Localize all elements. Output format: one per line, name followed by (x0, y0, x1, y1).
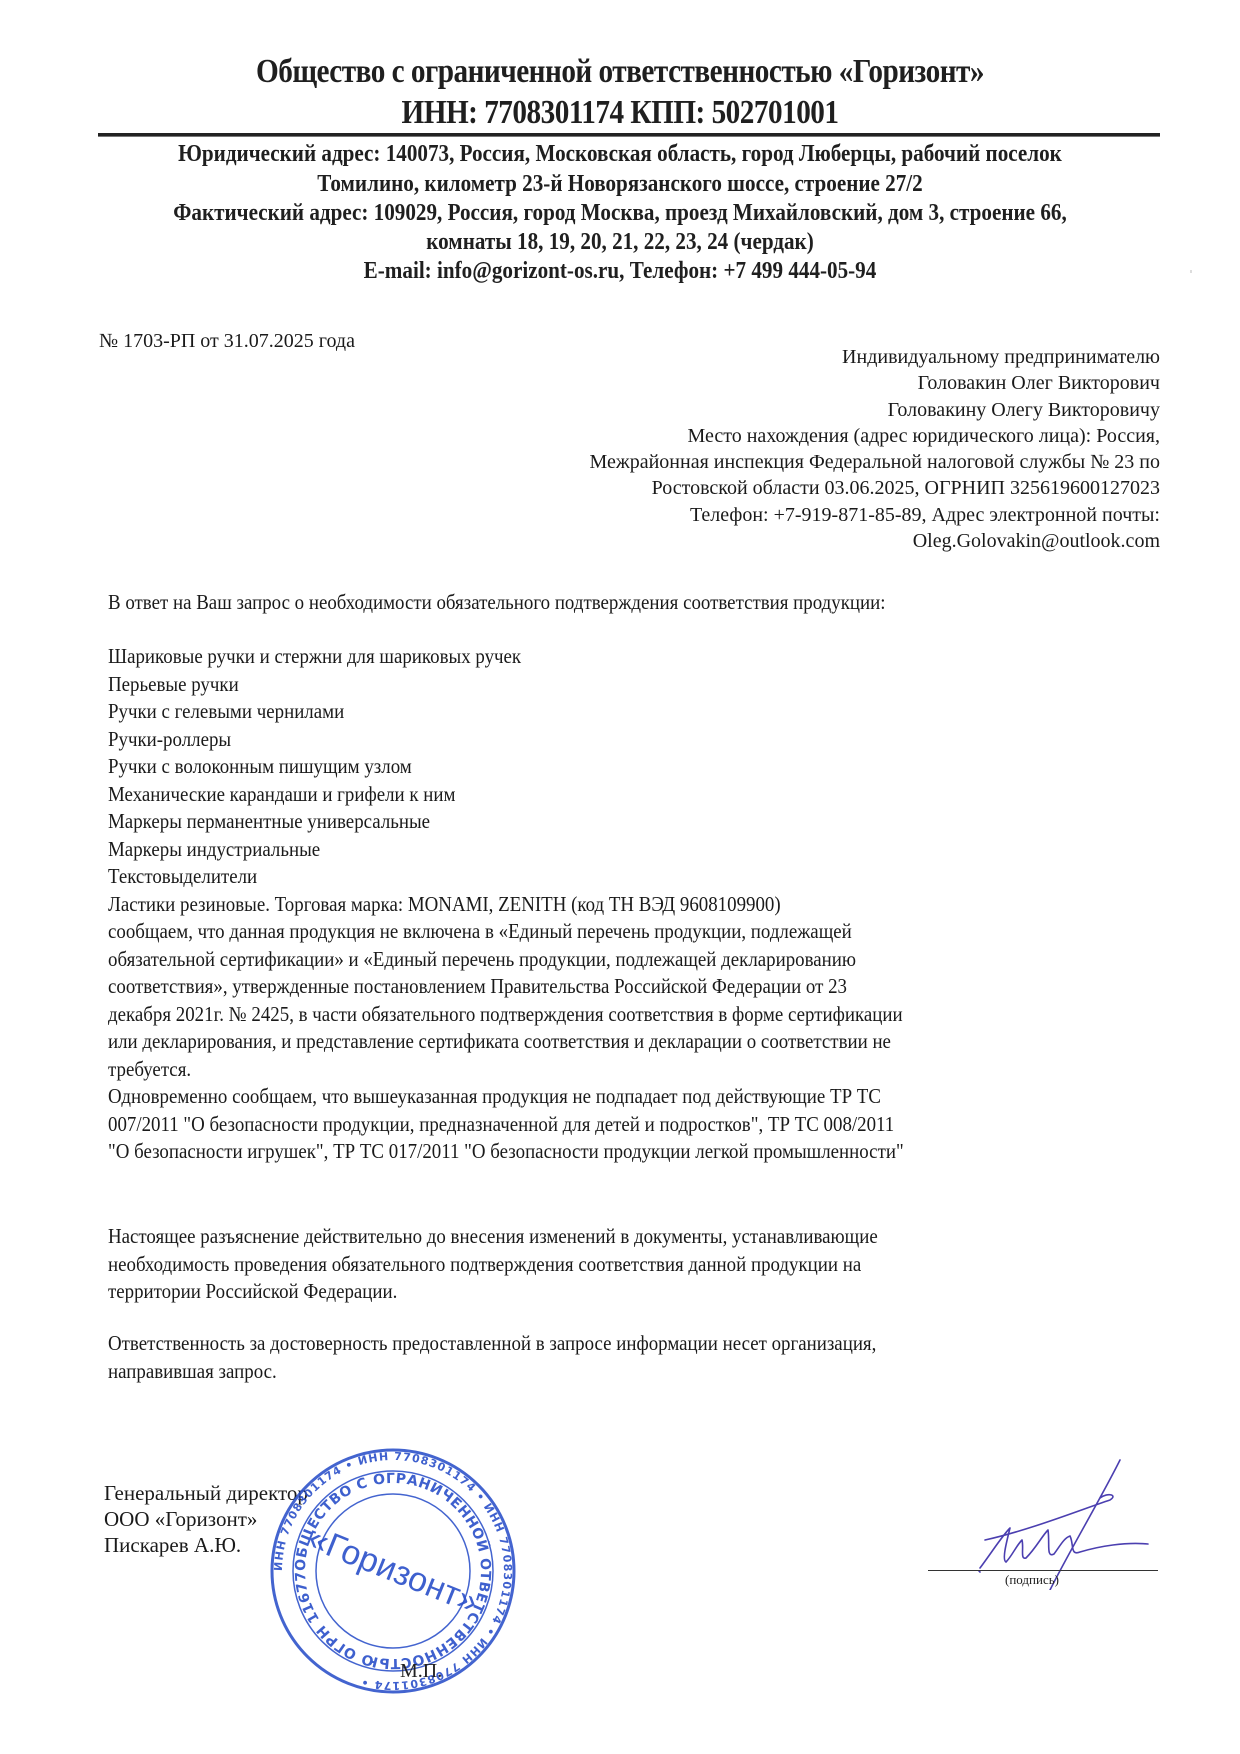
recipient-line: Место нахождения (адрес юридического лиц… (590, 423, 1161, 449)
actual-address-line-1: Фактический адрес: 109029, Россия, город… (74, 200, 1165, 227)
recipient-line: Ростовской области 03.06.2025, ОГРНИП 32… (590, 475, 1161, 501)
product-item: Ручки с волоконным пишущим узлом (108, 753, 412, 781)
signature-caption: (подпись) (1005, 1572, 1059, 1588)
legal-address-line-1: Юридический адрес: 140073, Россия, Моско… (74, 141, 1165, 168)
product-item: Маркеры индустриальные (108, 836, 320, 864)
recipient-line: Межрайонная инспекция Федеральной налого… (590, 449, 1161, 475)
statement-line: или декларирования, и представление серт… (108, 1028, 891, 1056)
intro-text: В ответ на Ваш запрос о необходимости об… (108, 589, 885, 617)
tr-line: "О безопасности игрушек", ТР ТС 017/2011… (108, 1138, 904, 1166)
contacts-line: E-mail: info@gorizont-os.ru, Телефон: +7… (74, 258, 1165, 285)
product-item: Маркеры перманентные универсальные (108, 808, 430, 836)
tr-line: Одновременно сообщаем, что вышеуказанная… (108, 1083, 881, 1111)
seal-mark: М.П. (400, 1660, 442, 1683)
product-list: Шариковые ручки и стержни для шариковых … (108, 643, 1168, 1166)
validity-line: территории Российской Федерации. (108, 1278, 397, 1306)
stamp-center-text: «Горизонт» (303, 1519, 483, 1621)
statement-line: соответствия», утвержденные постановлени… (108, 973, 847, 1001)
product-item: Текстовыделители (108, 863, 257, 891)
validity-line: Настоящее разъяснение действительно до в… (108, 1223, 878, 1251)
recipient-block: Индивидуальному предпринимателю Головаки… (590, 344, 1161, 554)
legal-address-line-2: Томилино, километр 23-й Новорязанского ш… (74, 171, 1165, 198)
responsibility-line: Ответственность за достоверность предост… (108, 1330, 876, 1358)
recipient-line: Головакин Олег Викторович (590, 370, 1161, 396)
statement-line: требуется. (108, 1056, 191, 1084)
responsibility-line: направившая запрос. (108, 1358, 277, 1386)
product-item: Ручки-роллеры (108, 726, 231, 754)
signature-line (928, 1570, 1158, 1571)
company-seal-icon: ИНН 7708301174 • ИНН 7708301174 • ИНН 77… (268, 1446, 518, 1696)
tr-line: 007/2011 "О безопасности продукции, пред… (108, 1111, 894, 1139)
recipient-line: Телефон: +7-919-871-85-89, Адрес электро… (590, 502, 1161, 528)
document-reference: № 1703-РП от 31.07.2025 года (99, 330, 355, 353)
recipient-line: Индивидуальному предпринимателю (590, 344, 1161, 370)
actual-address-line-2: комнаты 18, 19, 20, 21, 22, 23, 24 (черд… (74, 229, 1165, 256)
statement-line: декабря 2021г. № 2425, в части обязатель… (108, 1001, 903, 1029)
statement-line: сообщаем, что данная продукция не включе… (108, 918, 852, 946)
tax-ids: ИНН: 7708301174 КПП: 502701001 (87, 94, 1153, 132)
product-item: Механические карандаши и грифели к ним (108, 781, 455, 809)
product-item: Перьевые ручки (108, 671, 239, 699)
validity-line: необходимость проведения обязательного п… (108, 1251, 861, 1279)
company-name: Общество с ограниченной ответственностью… (87, 53, 1153, 91)
product-item: Ручки с гелевыми чернилами (108, 698, 344, 726)
product-item: Ластики резиновые. Торговая марка: MONAM… (108, 891, 781, 919)
intro-paragraph: В ответ на Ваш запрос о необходимости об… (108, 589, 1168, 617)
recipient-email: Oleg.Golovakin@outlook.com (590, 528, 1161, 554)
statement-line: обязательной сертификации» и «Единый пер… (108, 946, 856, 974)
scan-speck (1190, 270, 1192, 273)
product-item: Шариковые ручки и стержни для шариковых … (108, 643, 521, 671)
responsibility-paragraph: Ответственность за достоверность предост… (108, 1330, 1168, 1385)
letterhead-divider (98, 133, 1160, 137)
recipient-line: Головакину Олегу Викторовичу (590, 397, 1161, 423)
handwritten-signature-icon (950, 1440, 1170, 1590)
validity-paragraph: Настоящее разъяснение действительно до в… (108, 1223, 1168, 1306)
